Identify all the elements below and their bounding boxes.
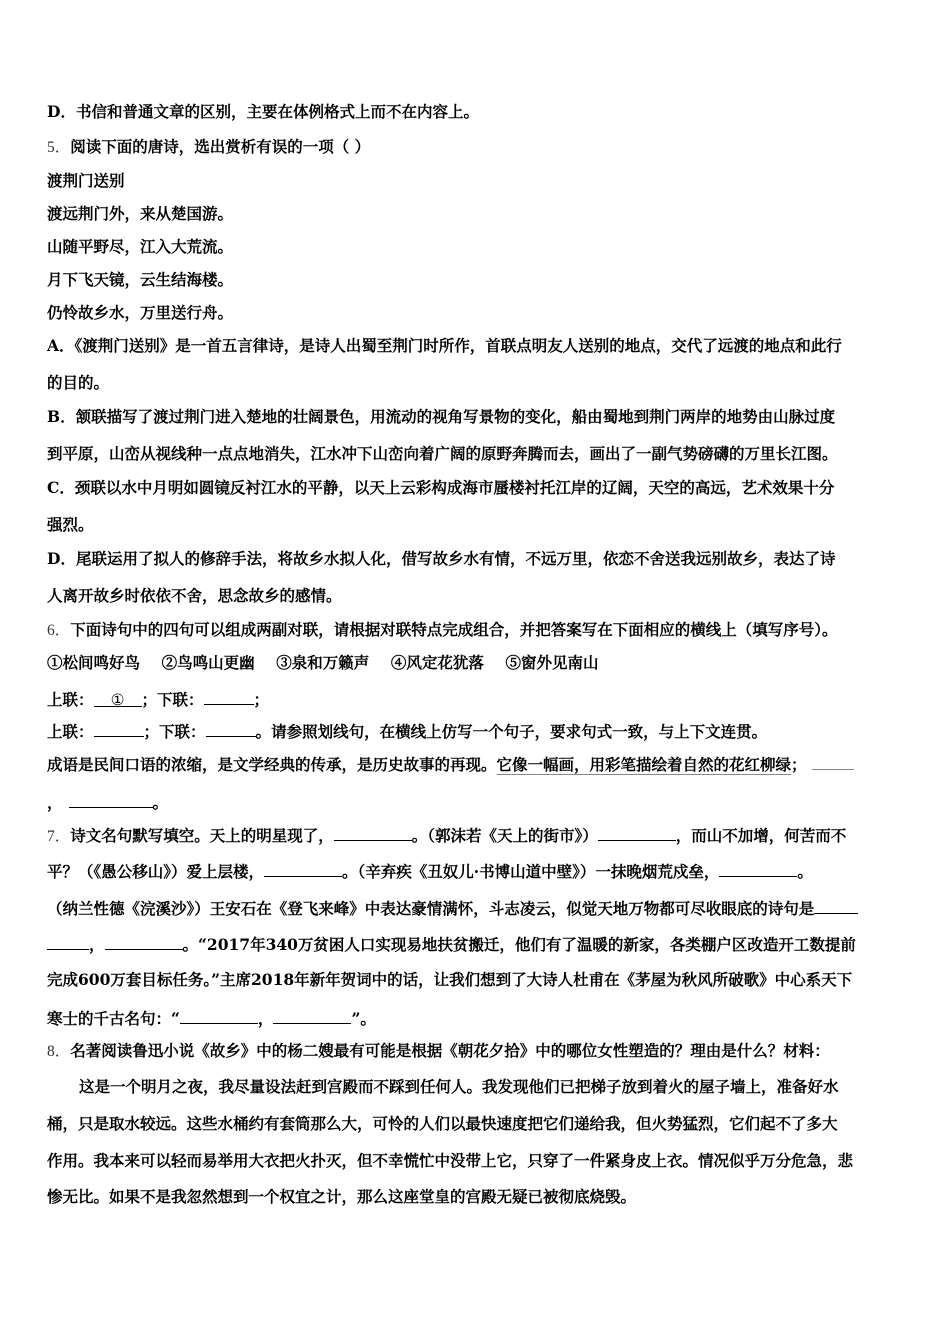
upper-couplet-answer-2[interactable]	[94, 720, 144, 737]
fill-blank[interactable]	[273, 1007, 351, 1024]
q7-line-6: 寒士的千古名句：“，”。	[47, 1007, 376, 1029]
q8-prompt: 8．名著阅读鲁迅小说《故乡》中的杨二嫂最有可能是根据《朝花夕拾》中的哪位女性塑造…	[47, 1041, 830, 1062]
option-label: D．	[47, 549, 76, 568]
question-text: ，	[258, 1009, 274, 1028]
separator: ；	[254, 690, 270, 709]
q5-option-c: C．颈联以水中月明如圆镜反衬江水的平静，以天上云彩构成海市蜃楼衬托江岸的辽阔，天…	[47, 478, 834, 498]
separator: ；	[791, 755, 807, 774]
upper-couplet-label: 上联：	[47, 690, 94, 709]
q4-option-d: D．书信和普通文章的区别，主要在体例格式上而不在内容上。	[47, 102, 479, 122]
option-label: A．	[47, 336, 75, 355]
option-label: D．	[47, 102, 76, 121]
question-number: 7．	[47, 828, 70, 845]
imitation-answer-blank-1[interactable]	[812, 753, 854, 770]
separator: 。	[256, 722, 272, 741]
q7-line-2: 平？（《愚公移山》）爱上层楼，。（辛弃疾《丑奴儿·书博山道中壁》）一抹晚烟荒戍垒…	[47, 860, 813, 882]
fill-blank[interactable]	[719, 860, 797, 877]
choice-item: ①松间鸣好鸟	[47, 653, 140, 672]
fill-blank[interactable]	[814, 897, 858, 914]
imitation-passage: 成语是民间口语的浓缩，是文学经典的传承，是历史故事的再现。它像一幅画，用彩笔描绘…	[47, 753, 854, 775]
option-text: 书信和普通文章的区别，主要在体例格式上而不在内容上。	[76, 102, 479, 121]
lower-couplet-answer-1[interactable]	[204, 688, 254, 705]
question-text: 下面诗句中的四句可以组成两副对联，请根据对联特点完成组合，并把答案写在下面相应的…	[70, 620, 837, 639]
q7-line-3: （纳兰性德《浣溪沙》）王安石在《登飞来峰》中表达豪情满怀，斗志凌云，似觉天地万物…	[47, 897, 858, 919]
question-text: ”。	[351, 1009, 375, 1028]
separator: 。	[153, 793, 169, 812]
q6-prompt: 6．下面诗句中的四句可以组成两副对联，请根据对联特点完成组合，并把答案写在下面相…	[47, 620, 838, 641]
option-text: 颔联描写了渡过荆门进入楚地的壮阔景色，用流动的视角写景物的变化，船由蜀地到荆门两…	[76, 407, 836, 426]
poem-line: 仍怜故乡水，万里送行舟。	[47, 303, 233, 323]
option-label: C．	[47, 478, 75, 497]
q7-line-4: ，。“2017年340万贫困人口实现易地扶贫搬迁，他们有了温暖的新家，各类棚户区…	[47, 933, 856, 955]
choice-item: ④风定花犹落	[391, 653, 484, 672]
passage-text: 成语是民间口语的浓缩，是文学经典的传承，是历史故事的再现。	[47, 755, 497, 774]
imitation-answer-blank-2[interactable]	[69, 791, 153, 808]
material-line: 惨无比。如果不是我忽然想到一个权宜之计，那么这座堂皇的宫殿无疑已被彻底烧毁。	[47, 1187, 636, 1207]
question-text: 平？（《愚公移山》）爱上层楼，	[47, 862, 264, 881]
imitation-passage-cont: ，。	[47, 791, 168, 813]
q5-option-a: A．《渡荆门送别》是一首五言律诗，是诗人出蜀至荆门时所作，首联点明友人送别的地点…	[47, 336, 842, 356]
question-number: 5．	[47, 139, 70, 156]
lower-couplet-label: 下联：	[157, 690, 204, 709]
q5-option-d-cont: 人离开故乡时依依不舍，思念故乡的感情。	[47, 586, 342, 606]
q5-option-c-cont: 强烈。	[47, 515, 94, 535]
q5-option-b: B．颔联描写了渡过荆门进入楚地的壮阔景色，用流动的视角写景物的变化，船由蜀地到荆…	[47, 407, 835, 427]
question-number: 8．	[47, 1043, 70, 1060]
option-text: 尾联运用了拟人的修辞手法，将故乡水拟人化，借写故乡水有情，不远万里，依恋不舍送我…	[76, 549, 836, 568]
q6-choices: ①松间鸣好鸟 ②鸟鸣山更幽 ③泉和万籁声 ④风定花犹落 ⑤窗外见南山	[47, 653, 598, 673]
material-line: 作用。我本来可以轻而易举用大衣把火扑灭，但不幸慌忙中没带上它，只穿了一件紧身皮上…	[47, 1151, 853, 1171]
question-text: 。	[797, 862, 813, 881]
q6-answer-row-1: 上联：①；下联：；	[47, 688, 269, 710]
option-label: B．	[47, 407, 76, 426]
underlined-model-sentence: 它像一幅画，用彩笔描绘着自然的花红柳绿	[497, 755, 792, 774]
option-text: 《渡荆门送别》是一首五言律诗，是诗人出蜀至荆门时所作，首联点明友人送别的地点，交…	[75, 336, 842, 355]
separator: ；	[142, 690, 158, 709]
imitation-prompt: 请参照划线句，在横线上仿写一个句子，要求句式一致，与上下文连贯。	[271, 722, 767, 741]
q5-prompt: 5．阅读下面的唐诗，选出赏析有误的一项（ ）	[47, 137, 370, 158]
fill-blank[interactable]	[598, 824, 676, 841]
q6-answer-row-2: 上联：；下联：。请参照划线句，在横线上仿写一个句子，要求句式一致，与上下文连贯。	[47, 720, 767, 742]
lower-couplet-answer-2[interactable]	[206, 720, 256, 737]
separator: ，	[47, 793, 63, 812]
upper-couplet-label: 上联：	[47, 722, 94, 741]
question-text: （纳兰性德《浣溪沙》）王安石在《登飞来峰》中表达豪情满怀，斗志凌云，似觉天地万物…	[47, 899, 814, 918]
question-text: 阅读下面的唐诗，选出赏析有误的一项（ ）	[70, 137, 370, 156]
fill-blank[interactable]	[180, 1007, 258, 1024]
question-text: ，	[89, 935, 105, 954]
fill-blank[interactable]	[264, 860, 342, 877]
question-text: 寒士的千古名句：“	[47, 1009, 180, 1028]
poem-title: 渡荆门送别	[47, 171, 125, 191]
upper-couplet-answer-1[interactable]: ①	[94, 690, 142, 707]
choice-item: ③泉和万籁声	[276, 653, 369, 672]
question-text: 。（辛弃疾《丑奴儿·书博山道中壁》）一抹晚烟荒戍垒，	[342, 862, 719, 881]
poem-line: 月下飞天镜，云生结海楼。	[47, 270, 233, 290]
q7-line-1: 7．诗文名句默写填空。天上的明星现了，。（郭沫若《天上的街市》），而山不加增，何…	[47, 824, 846, 847]
option-text: 颈联以水中月明如圆镜反衬江水的平静，以天上云彩构成海市蜃楼衬托江岸的辽阔，天空的…	[75, 478, 835, 497]
lower-couplet-label: 下联：	[159, 722, 206, 741]
q5-option-a-cont: 的目的。	[47, 373, 109, 393]
material-line: 桶，只是取水较远。这些水桶约有套筒那么大，可怜的人们以最快速度把它们递给我，但火…	[47, 1114, 838, 1134]
fill-blank[interactable]	[334, 824, 412, 841]
q7-line-5: 完成600万套目标任务。”主席2018年新年贺词中的话，让我们想到了大诗人杜甫在…	[47, 970, 852, 990]
separator: ；	[144, 722, 160, 741]
question-number: 6．	[47, 622, 70, 639]
choice-item: ⑤窗外见南山	[505, 653, 598, 672]
q5-option-b-cont: 到平原，山峦从视线种一点点地消失，江水冲下山峦向着广阔的原野奔腾而去，画出了一副…	[47, 444, 838, 464]
question-text: 诗文名句默写填空。天上的明星现了，	[70, 826, 334, 845]
poem-line: 山随平野尽，江入大荒流。	[47, 237, 233, 257]
q5-option-d: D．尾联运用了拟人的修辞手法，将故乡水拟人化，借写故乡水有情，不远万里，依恋不舍…	[47, 549, 835, 569]
material-line: 这是一个明月之夜，我尽量设法赶到宫殿而不踩到任何人。我发现他们已把梯子放到着火的…	[47, 1077, 839, 1097]
fill-blank[interactable]	[105, 933, 183, 950]
question-text: 名著阅读鲁迅小说《故乡》中的杨二嫂最有可能是根据《朝花夕拾》中的哪位女性塑造的？…	[70, 1041, 830, 1060]
choice-item: ②鸟鸣山更幽	[162, 653, 255, 672]
poem-line: 渡远荆门外，来从楚国游。	[47, 204, 233, 224]
question-text: 。（郭沫若《天上的街市》）	[412, 826, 598, 845]
question-text: ，而山不加增，何苦而不	[676, 826, 847, 845]
fill-blank[interactable]	[47, 933, 89, 950]
question-text: 。“2017年340万贫困人口实现易地扶贫搬迁，他们有了温暖的新家，各类棚户区改…	[183, 935, 856, 954]
